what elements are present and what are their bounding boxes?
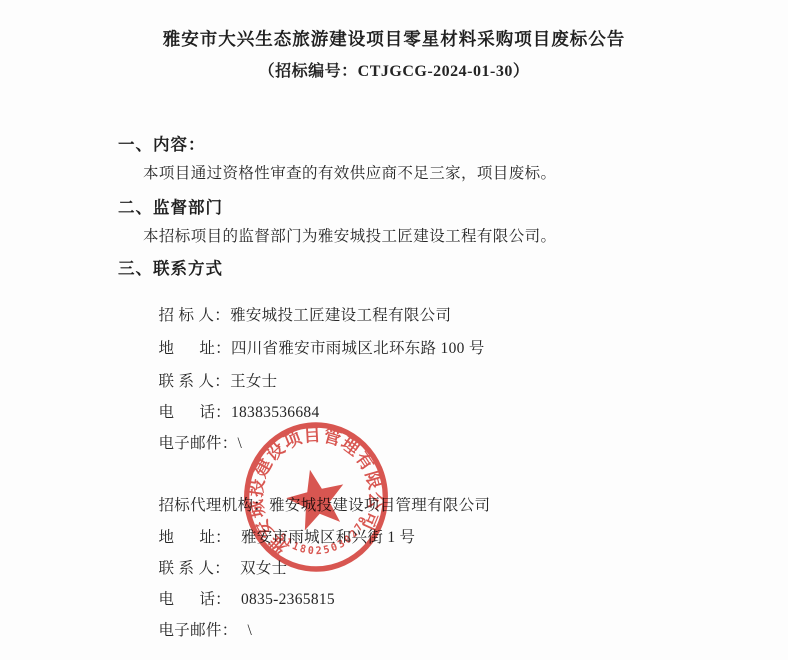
document-title: 雅安市大兴生态旅游建设项目零星材料采购项目废标公告 xyxy=(0,26,788,51)
section-body-content: 本项目通过资格性审查的有效供应商不足三家，项目废标。 xyxy=(143,161,556,183)
field-value: 0835-2365815 xyxy=(241,591,335,608)
tender-number: （招标编号：CTJGCG-2024-01-30） xyxy=(0,58,788,81)
section-heading-contact: 三、联系方式 xyxy=(118,255,223,279)
field-label: 电子邮件： xyxy=(159,622,238,639)
field-value: 18383536684 xyxy=(231,404,320,421)
section-heading-content: 一、内容： xyxy=(118,131,206,155)
section-body-supervisor: 本招标项目的监督部门为雅安城投工匠建设工程有限公司。 xyxy=(143,224,556,246)
field-value: \ xyxy=(238,435,243,452)
field-label: 电子邮件： xyxy=(159,435,238,452)
agency-email-row: 电子邮件：\ xyxy=(143,600,252,658)
tenderer-email-row: 电子邮件：\ xyxy=(143,413,242,471)
field-value: \ xyxy=(248,622,253,639)
section-heading-supervisor: 二、监督部门 xyxy=(118,194,223,218)
document-page: 雅安市大兴生态旅游建设项目零星材料采购项目废标公告 （招标编号：CTJGCG-2… xyxy=(0,0,788,660)
